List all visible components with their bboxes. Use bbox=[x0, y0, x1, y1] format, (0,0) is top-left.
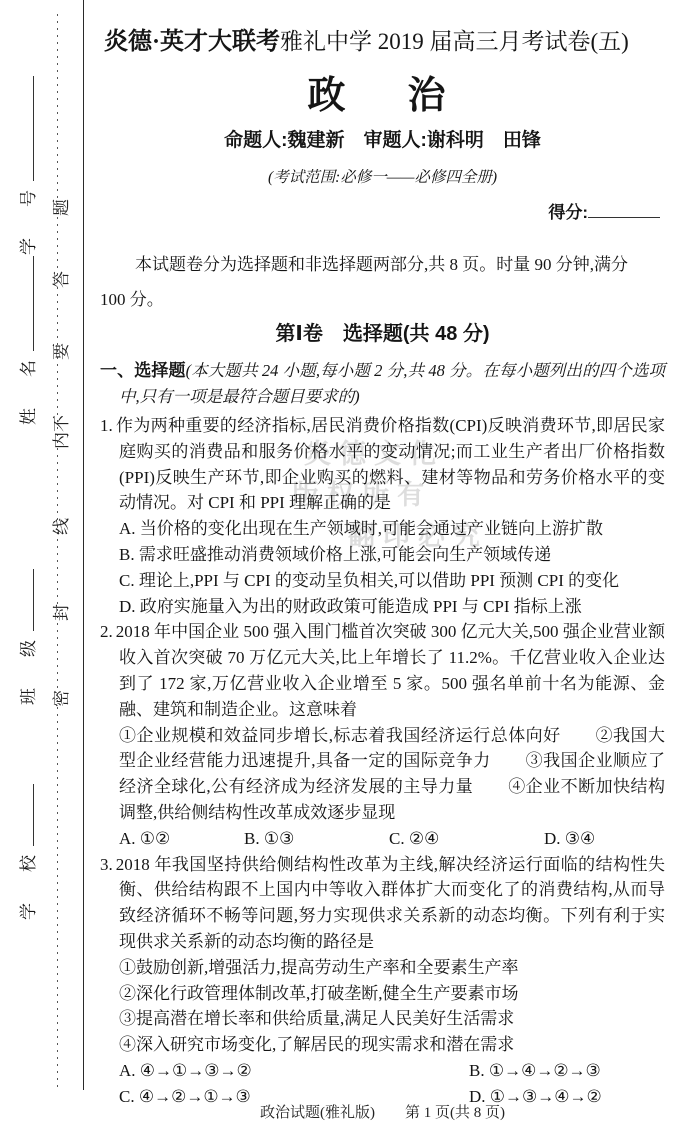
question-list: 1.作为两种重要的经济指标,居民消费价格指数(CPI)反映消费环节,即居民家庭购… bbox=[100, 413, 665, 1110]
question-2: 2.2018 年中国企业 500 强入围门槛首次突破 300 亿元大关,500 … bbox=[100, 619, 665, 851]
field-school: 学 校 bbox=[12, 784, 46, 920]
authors-line: 命题人:魏建新 审题人:谢科明 田锋 bbox=[100, 127, 665, 155]
seal-text-outer: 不 要 答 题 bbox=[47, 180, 77, 432]
intro-paragraph: 本试题卷分为选择题和非选择题两部分,共 8 页。时量 90 分钟,满分 100 … bbox=[100, 247, 665, 317]
exam-scope: (考试范围:必修一——必修四全册) bbox=[100, 166, 665, 190]
option-c: C. 理论上,PPI 与 CPI 的变动呈负相关,可以借助 PPI 预测 CPI… bbox=[100, 568, 665, 594]
field-name-label: 姓 名 bbox=[19, 353, 38, 425]
question-stem: 1.作为两种重要的经济指标,居民消费价格指数(CPI)反映消费环节,即居民家庭购… bbox=[100, 413, 665, 516]
field-class: 班 级 bbox=[12, 569, 46, 705]
subpoint-1: ①鼓励创新,增强活力,提高劳动生产率和全要素生产率 bbox=[100, 955, 665, 981]
exam-content: 炎德·英才大联考雅礼中学 2019 届高三月考试卷(五) 政 治 命题人:魏建新… bbox=[100, 0, 665, 1110]
seal-text-column: 密 封 线 内 不 要 答 题 bbox=[47, 0, 77, 1090]
section-heading: 第Ⅰ卷 选择题(共 48 分) bbox=[100, 319, 665, 349]
field-school-blank bbox=[29, 784, 34, 846]
field-name: 姓 名 bbox=[12, 256, 46, 425]
options-row: A. ①②B. ①③C. ②④D. ③④ bbox=[100, 826, 665, 852]
score-blank bbox=[588, 213, 660, 218]
subpoint-3: ③提高潜在增长率和供给质量,满足人民美好生活需求 bbox=[100, 1006, 665, 1032]
option-d: D. ③④ bbox=[544, 829, 595, 848]
field-name-blank bbox=[29, 256, 34, 351]
intro-line: 本试题卷分为选择题和非选择题两部分,共 8 页。时量 90 分钟,满分 bbox=[100, 247, 665, 282]
options-row: A. ④→①→③→②B. ①→④→②→③ bbox=[100, 1058, 665, 1084]
margin-border-line bbox=[83, 0, 84, 1090]
option-b: B. 需求旺盛推动消费领域价格上涨,可能会向生产领域传递 bbox=[100, 542, 665, 568]
question-stem-text: 作为两种重要的经济指标,居民消费价格指数(CPI)反映消费环节,即居民家庭购买的… bbox=[116, 416, 665, 512]
exam-page: 学 校 班 级 姓 名 学 号 密 封 线 内 不 要 答 题 炎德文化 版权所… bbox=[0, 0, 688, 1144]
subject-title: 政 治 bbox=[100, 73, 665, 119]
field-student-number: 学 号 bbox=[12, 76, 46, 255]
score-row: 得分: bbox=[100, 201, 665, 225]
field-student-number-blank bbox=[29, 76, 34, 181]
option-c: C. ②④ bbox=[389, 826, 544, 852]
score-label: 得分: bbox=[548, 203, 588, 222]
intro-line: 100 分。 bbox=[100, 282, 665, 317]
question-subpoints: ①企业规模和效益同步增长,标志着我国经济运行总体向好 ②我国大型企业经营能力迅速… bbox=[100, 723, 665, 826]
student-info-column: 学 校 班 级 姓 名 学 号 bbox=[12, 0, 46, 1090]
field-class-label: 班 级 bbox=[19, 633, 38, 705]
option-b: B. ①③ bbox=[244, 826, 389, 852]
option-d: D. 政府实施量入为出的财政政策可能造成 PPI 与 CPI 指标上涨 bbox=[100, 594, 665, 620]
seal-text-inner: 密 封 线 内 bbox=[47, 406, 77, 707]
option-b: B. ①→④→②→③ bbox=[469, 1061, 601, 1080]
question-stem: 2.2018 年中国企业 500 强入围门槛首次突破 300 亿元大关,500 … bbox=[100, 619, 665, 722]
question-number: 3. bbox=[100, 855, 116, 874]
option-a: A. ①② bbox=[119, 826, 244, 852]
section-directive: 一、选择题(本大题共 24 小题,每小题 2 分,共 48 分。在每小题列出的四… bbox=[100, 358, 665, 410]
question-stem-text: 2018 年我国坚持供给侧结构性改革为主线,解决经济运行面临的结构性失衡、供给结… bbox=[116, 855, 665, 951]
directive-label: 一、选择题 bbox=[100, 361, 186, 380]
question-stem: 3.2018 年我国坚持供给侧结构性改革为主线,解决经济运行面临的结构性失衡、供… bbox=[100, 852, 665, 955]
question-3: 3.2018 年我国坚持供给侧结构性改革为主线,解决经济运行面临的结构性失衡、供… bbox=[100, 852, 665, 1110]
option-a: A. ④→①→③→② bbox=[119, 1058, 469, 1084]
exam-title: 雅礼中学 2019 届高三月考试卷(五) bbox=[280, 29, 629, 54]
question-number: 2. bbox=[100, 622, 116, 641]
option-a: A. 当价格的变化出现在生产领域时,可能会通过产业链向上游扩散 bbox=[100, 516, 665, 542]
exam-header: 炎德·英才大联考雅礼中学 2019 届高三月考试卷(五) bbox=[104, 26, 665, 61]
brand-title: 炎德·英才大联考 bbox=[104, 29, 280, 55]
question-number: 1. bbox=[100, 416, 116, 435]
field-school-label: 学 校 bbox=[19, 848, 38, 920]
question-stem-text: 2018 年中国企业 500 强入围门槛首次突破 300 亿元大关,500 强企… bbox=[116, 622, 665, 718]
question-1: 1.作为两种重要的经济指标,居民消费价格指数(CPI)反映消费环节,即居民家庭购… bbox=[100, 413, 665, 619]
footer-page-info: 政治试题(雅礼版) 第 1 页(共 8 页) bbox=[100, 1102, 665, 1124]
field-student-number-label: 学 号 bbox=[19, 183, 38, 255]
directive-text: (本大题共 24 小题,每小题 2 分,共 48 分。在每小题列出的四个选项中,… bbox=[119, 361, 665, 406]
subpoint-2: ②深化行政管理体制改革,打破垄断,健全生产要素市场 bbox=[100, 981, 665, 1007]
subpoint-4: ④深入研究市场变化,了解居民的现实需求和潜在需求 bbox=[100, 1032, 665, 1058]
field-class-blank bbox=[29, 569, 34, 631]
